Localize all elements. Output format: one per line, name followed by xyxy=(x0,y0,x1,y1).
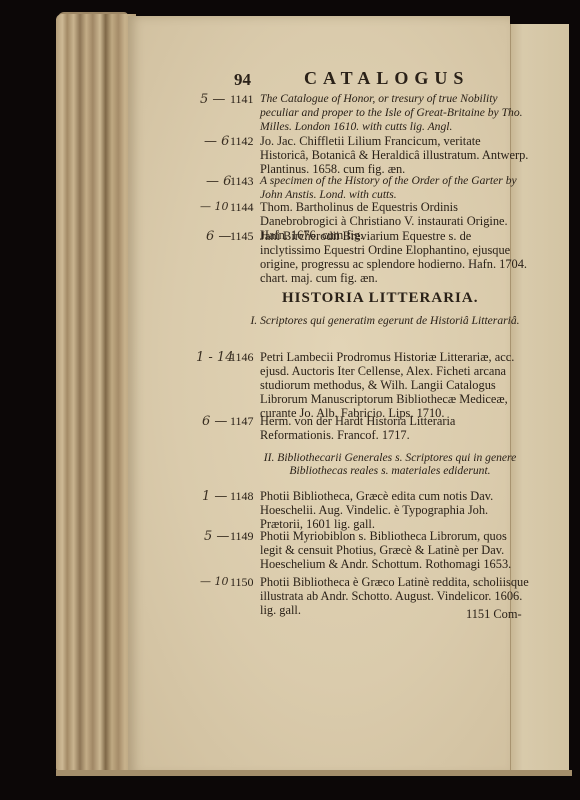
catalogue-entry: 1149 Photii Myriobiblon s. Bibliotheca L… xyxy=(230,529,530,571)
catalogue-entry: 1142 Jo. Jac. Chiffletii Lilium Francicu… xyxy=(230,134,530,176)
section-title: HISTORIA LITTERARIA. xyxy=(282,290,478,307)
margin-note: — 6 xyxy=(206,174,231,189)
catalogue-entry: 1141 The Catalogue of Honor, or tresury … xyxy=(230,92,530,134)
entry-text: Jo. Jac. Chiffletii Lilium Francicum, ve… xyxy=(260,134,530,176)
margin-note: — 10 xyxy=(200,200,229,213)
subsection-heading: I. Scriptores qui generatim egerunt de H… xyxy=(250,314,520,327)
entry-text: The Catalogue of Honor, or tresury of tr… xyxy=(260,92,530,134)
margin-note: 6 — xyxy=(206,229,231,244)
catalogue-entry: 1148 Photii Bibliotheca, Græcè edita cum… xyxy=(230,489,530,531)
margin-note: 1 - 14 xyxy=(196,350,233,365)
catalogue-entry: 1146 Petri Lambecii Prodromus Historiæ L… xyxy=(230,350,530,420)
entry-number: 1150 xyxy=(230,575,254,589)
margin-note: 5 — xyxy=(200,92,225,107)
entry-text: Herm. von der Hardt Historia Litteraria … xyxy=(260,414,530,442)
entry-number: 1143 xyxy=(230,174,254,188)
entry-number: 1141 xyxy=(230,92,254,106)
entry-number: 1145 xyxy=(230,229,254,243)
running-title: CATALOGUS xyxy=(304,68,469,89)
page-content: 94 CATALOGUS 5 — 1141 The Catalogue of H… xyxy=(0,0,580,800)
entry-number: 1144 xyxy=(230,200,254,214)
catalogue-entry: 1143 A specimen of the History of the Or… xyxy=(230,174,530,202)
page-header: 94 CATALOGUS xyxy=(234,68,564,92)
page-number: 94 xyxy=(234,70,251,90)
entry-number: 1147 xyxy=(230,414,254,428)
subsection-heading: II. Bibliothecarii Generales s. Scriptor… xyxy=(250,451,530,477)
margin-note: 6 — xyxy=(202,414,227,429)
margin-note: — 6 xyxy=(204,134,229,149)
margin-note: 5 — xyxy=(204,529,229,544)
entry-number: 1142 xyxy=(230,134,254,148)
entry-text: A specimen of the History of the Order o… xyxy=(260,174,530,202)
entry-text: Petri Lambecii Prodromus Historiæ Litter… xyxy=(260,350,530,420)
catchword: 1151 Com- xyxy=(466,607,522,622)
margin-note: 1 — xyxy=(202,489,227,504)
entry-text: Photii Myriobiblon s. Bibliotheca Libror… xyxy=(260,529,530,571)
entry-number: 1149 xyxy=(230,529,254,543)
entry-number: 1146 xyxy=(230,350,254,364)
entry-text: Jani Bircherodii Breviarium Equestre s. … xyxy=(260,229,530,285)
margin-note: — 10 xyxy=(200,575,229,588)
catalogue-entry: 1145 Jani Bircherodii Breviarium Equestr… xyxy=(230,229,530,285)
entry-number: 1148 xyxy=(230,489,254,503)
catalogue-entry: 1147 Herm. von der Hardt Historia Litter… xyxy=(230,414,530,442)
entry-text: Photii Bibliotheca, Græcè edita cum noti… xyxy=(260,489,530,531)
